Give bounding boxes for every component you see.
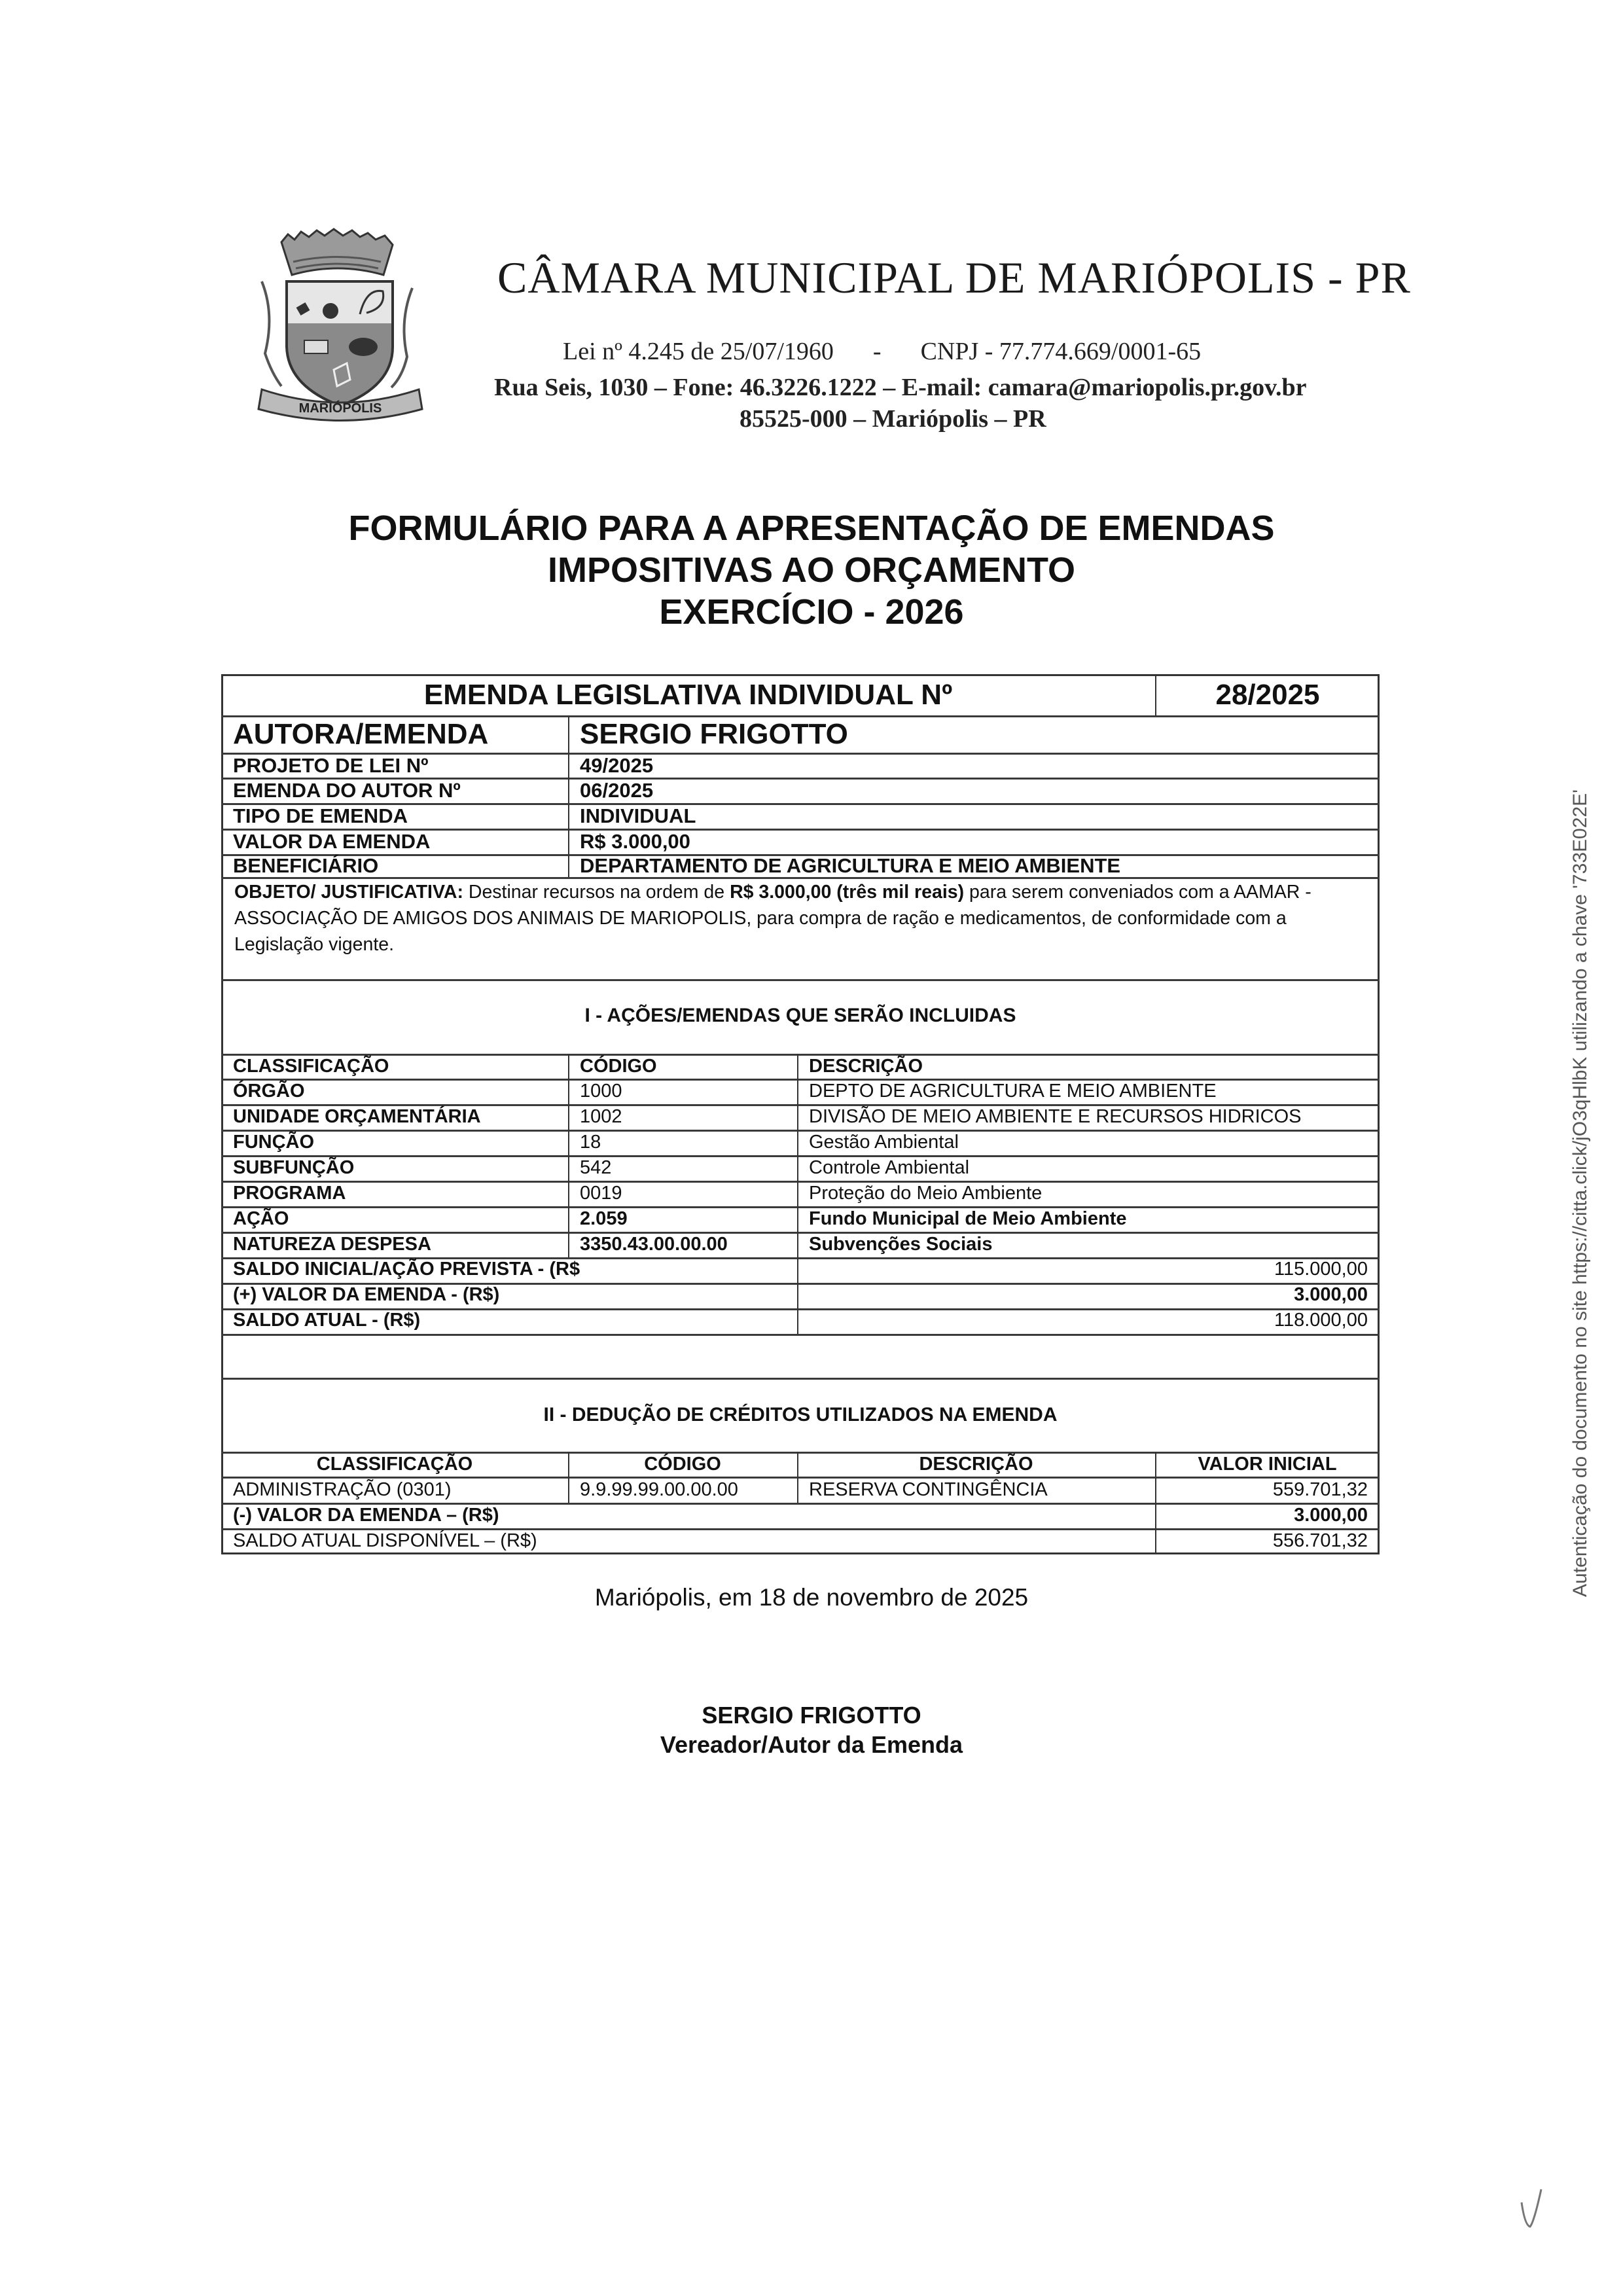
s1-row-descricao: Gestão Ambiental bbox=[809, 1130, 959, 1154]
s1-row-classificacao: FUNÇÃO bbox=[233, 1130, 314, 1154]
s1-row-descricao: Subvenções Sociais bbox=[809, 1232, 992, 1256]
divider bbox=[568, 715, 569, 877]
objeto-justificativa: OBJETO/ JUSTIFICATIVA: Destinar recursos… bbox=[234, 879, 1370, 958]
section-1-title: I - AÇÕES/EMENDAS QUE SERÃO INCLUIDAS bbox=[221, 1005, 1380, 1027]
s1-row-codigo: 18 bbox=[580, 1130, 601, 1154]
amendment-number: 28/2025 bbox=[1156, 678, 1379, 712]
law-and-cnpj-line: Lei nº 4.245 de 25/07/1960-CNPJ - 77.774… bbox=[563, 337, 1201, 366]
section-2-title: II - DEDUÇÃO DE CRÉDITOS UTILIZADOS NA E… bbox=[221, 1404, 1380, 1426]
s1-row-descricao: DIVISÃO DE MEIO AMBIENTE E RECURSOS HIDR… bbox=[809, 1105, 1302, 1128]
cep-city-line: 85525-000 – Mariópolis – PR bbox=[740, 404, 1046, 433]
field-label-emenda-autor: EMENDA DO AUTOR Nº bbox=[233, 779, 461, 802]
s2-row-codigo: 9.9.99.99.00.00.00 bbox=[580, 1478, 738, 1501]
authentication-note: Autenticação do documento no site https:… bbox=[1569, 681, 1592, 1597]
s2-header-valor-inicial: VALOR INICIAL bbox=[1155, 1452, 1380, 1476]
s1-row-classificacao: SUBFUNÇÃO bbox=[233, 1156, 354, 1179]
svg-text:MARIÓPOLIS: MARIÓPOLIS bbox=[299, 400, 382, 416]
signer-name: SERGIO FRIGOTTO bbox=[0, 1702, 1623, 1729]
s1-total-value-valor-emenda: 3.000,00 bbox=[805, 1283, 1368, 1306]
divider bbox=[568, 1054, 569, 1257]
divider bbox=[221, 1206, 1380, 1208]
divider bbox=[221, 1054, 1380, 1056]
place-and-date: Mariópolis, em 18 de novembro de 2025 bbox=[0, 1584, 1623, 1611]
divider bbox=[221, 1378, 1380, 1380]
s1-total-label-saldo-inicial: SALDO INICIAL/AÇÃO PREVISTA - (R$ bbox=[233, 1257, 580, 1281]
s1-row-codigo: 3350.43.00.00.00 bbox=[580, 1232, 728, 1256]
s2-row-descricao: RESERVA CONTINGÊNCIA bbox=[809, 1478, 1048, 1501]
s1-row-classificacao: UNIDADE ORÇAMENTÁRIA bbox=[233, 1105, 481, 1128]
s1-row-descricao: Proteção do Meio Ambiente bbox=[809, 1181, 1042, 1205]
field-label-projeto: PROJETO DE LEI Nº bbox=[233, 754, 428, 778]
field-value-valor: R$ 3.000,00 bbox=[580, 830, 690, 853]
divider bbox=[221, 1130, 1380, 1132]
field-value-projeto: 49/2025 bbox=[580, 754, 653, 778]
check-mark-icon bbox=[1518, 2186, 1544, 2232]
s1-row-classificacao: NATUREZA DESPESA bbox=[233, 1232, 431, 1256]
divider bbox=[797, 1054, 798, 1334]
form-title: FORMULÁRIO PARA A APRESENTAÇÃO DE EMENDA… bbox=[0, 507, 1623, 633]
amendment-header-label: EMENDA LEGISLATIVA INDIVIDUAL Nº bbox=[221, 678, 1155, 712]
law-reference: Lei nº 4.245 de 25/07/1960 bbox=[563, 338, 834, 365]
s1-row-descricao: DEPTO DE AGRICULTURA E MEIO AMBIENTE bbox=[809, 1079, 1217, 1103]
field-value-emenda-autor: 06/2025 bbox=[580, 779, 653, 802]
s1-row-codigo: 1000 bbox=[580, 1079, 622, 1103]
divider bbox=[221, 979, 1380, 981]
field-value-tipo: INDIVIDUAL bbox=[580, 804, 696, 828]
s2-total-value-valor-emenda: 3.000,00 bbox=[1158, 1503, 1368, 1527]
s2-row-valor: 559.701,32 bbox=[1158, 1478, 1368, 1501]
s2-header-codigo: CÓDIGO bbox=[568, 1452, 797, 1476]
s2-row-classificacao: ADMINISTRAÇÃO (0301) bbox=[233, 1478, 452, 1501]
s1-row-descricao: Controle Ambiental bbox=[809, 1156, 969, 1179]
s2-header-classificacao: CLASSIFICAÇÃO bbox=[221, 1452, 568, 1476]
form-title-line-2: IMPOSITIVAS AO ORÇAMENTO bbox=[0, 549, 1623, 591]
cnpj: CNPJ - 77.774.669/0001-65 bbox=[921, 338, 1202, 365]
form-title-line-3: EXERCÍCIO - 2026 bbox=[0, 591, 1623, 633]
field-value-beneficiario: DEPARTAMENTO DE AGRICULTURA E MEIO AMBIE… bbox=[580, 854, 1120, 878]
field-label-autora: AUTORA/EMENDA bbox=[233, 717, 488, 751]
s1-row-classificacao: ÓRGÃO bbox=[233, 1079, 305, 1103]
s1-total-label-saldo-atual: SALDO ATUAL - (R$) bbox=[233, 1308, 420, 1332]
s1-total-label-valor-emenda: (+) VALOR DA EMENDA - (R$) bbox=[233, 1283, 499, 1306]
s1-header-codigo: CÓDIGO bbox=[580, 1054, 657, 1078]
objeto-label: OBJETO/ JUSTIFICATIVA: bbox=[234, 882, 463, 903]
field-value-autora: SERGIO FRIGOTTO bbox=[580, 717, 848, 751]
s2-total-label-saldo-disponivel: SALDO ATUAL DISPONÍVEL – (R$) bbox=[233, 1529, 537, 1552]
field-label-tipo: TIPO DE EMENDA bbox=[233, 804, 408, 828]
s2-total-value-saldo-disponivel: 556.701,32 bbox=[1158, 1529, 1368, 1552]
s2-total-label-valor-emenda: (-) VALOR DA EMENDA – (R$) bbox=[233, 1503, 499, 1527]
objeto-text-before: Destinar recursos na ordem de bbox=[463, 882, 730, 903]
objeto-amount: R$ 3.000,00 (três mil reais) bbox=[730, 882, 964, 903]
s1-row-descricao: Fundo Municipal de Meio Ambiente bbox=[809, 1207, 1126, 1230]
s1-row-codigo: 0019 bbox=[580, 1181, 622, 1205]
s2-header-descricao: DESCRIÇÃO bbox=[797, 1452, 1155, 1476]
coat-of-arms-icon: MARIÓPOLIS bbox=[236, 216, 438, 432]
s1-header-classificacao: CLASSIFICAÇÃO bbox=[233, 1054, 389, 1078]
organization-title: CÂMARA MUNICIPAL DE MARIÓPOLIS - PR bbox=[497, 252, 1361, 304]
form-title-line-1: FORMULÁRIO PARA A APRESENTAÇÃO DE EMENDA… bbox=[0, 507, 1623, 549]
field-label-beneficiario: BENEFICIÁRIO bbox=[233, 854, 378, 878]
s1-row-codigo: 542 bbox=[580, 1156, 611, 1179]
separator: - bbox=[873, 338, 882, 365]
s1-row-classificacao: AÇÃO bbox=[233, 1207, 289, 1230]
signer-role: Vereador/Autor da Emenda bbox=[0, 1731, 1623, 1759]
s1-row-classificacao: PROGRAMA bbox=[233, 1181, 346, 1205]
address-line: Rua Seis, 1030 – Fone: 46.3226.1222 – E-… bbox=[494, 373, 1306, 402]
s1-total-value-saldo-inicial: 115.000,00 bbox=[805, 1257, 1368, 1281]
field-label-valor: VALOR DA EMENDA bbox=[233, 830, 430, 853]
s1-total-value-saldo-atual: 118.000,00 bbox=[805, 1308, 1368, 1332]
divider bbox=[221, 1155, 1380, 1157]
divider bbox=[221, 1181, 1380, 1183]
s1-row-codigo: 1002 bbox=[580, 1105, 622, 1128]
s1-row-codigo: 2.059 bbox=[580, 1207, 628, 1230]
s1-header-descricao: DESCRIÇÃO bbox=[809, 1054, 923, 1078]
divider bbox=[221, 1334, 1380, 1336]
